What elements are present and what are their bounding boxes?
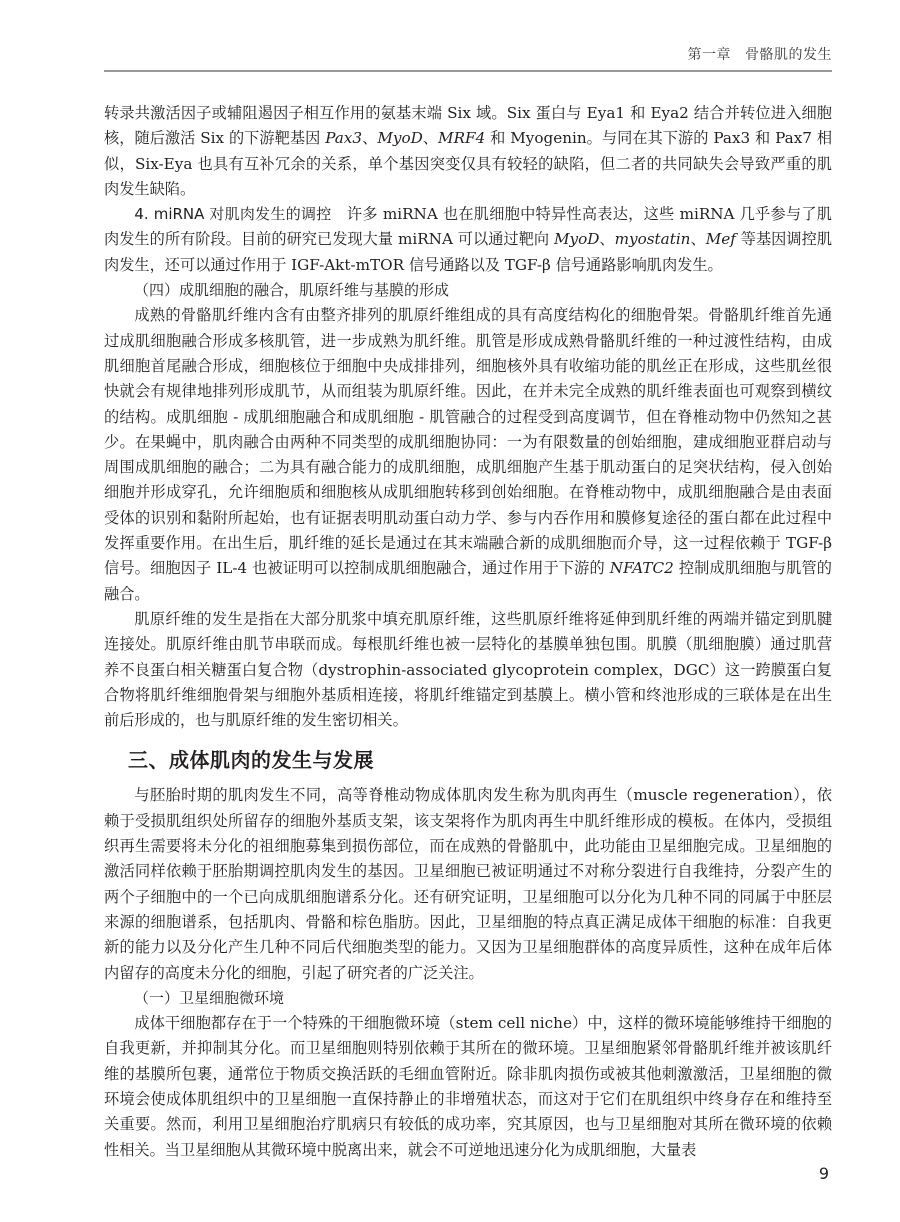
separator: 、 xyxy=(690,230,705,248)
separator: 、 xyxy=(362,129,377,147)
paragraph-niche: 成体干细胞都存在于一个特殊的干细胞微环境（stem cell niche）中，这… xyxy=(104,1011,832,1163)
gene-myod: MyoD xyxy=(554,230,599,248)
gene-myostatin: myostatin xyxy=(615,230,691,248)
page-body: 转录共激活因子或辅阻遏因子相互作用的氨基末端 Six 域。Six 蛋白与 Eya… xyxy=(104,101,832,1163)
section-title: 三、成体肌肉的发生与发展 xyxy=(104,747,832,773)
gene-mef: Mef xyxy=(706,230,736,248)
chapter-title: 骨骼肌的发生 xyxy=(745,47,832,63)
separator: 、 xyxy=(599,230,614,248)
running-head: 第一章骨骼肌的发生 xyxy=(104,44,832,68)
text-run: 成熟的骨骼肌纤维内含有由整齐排列的肌原纤维组成的具有高度结构化的细胞骨架。骨骼肌… xyxy=(104,306,832,577)
gene-pax3: Pax3 xyxy=(325,129,362,147)
gene-myod: MyoD xyxy=(377,129,422,147)
subheading-niche: （一）卫星细胞微环境 xyxy=(104,986,832,1011)
gene-mrf4: MRF4 xyxy=(438,129,485,147)
paragraph-mirna: 4. miRNA 对肌肉发生的调控 许多 miRNA 也在肌细胞中特异性高表达，… xyxy=(104,202,832,278)
paragraph-myoblast-fusion: 成熟的骨骼肌纤维内含有由整齐排列的肌原纤维组成的具有高度结构化的细胞骨架。骨骼肌… xyxy=(104,303,832,607)
separator: 、 xyxy=(423,129,438,147)
gene-nfatc2: NFATC2 xyxy=(610,559,674,577)
paragraph-regeneration: 与胚胎时期的肌肉发生不同，高等脊椎动物成体肌肉发生称为肌肉再生（muscle r… xyxy=(104,783,832,985)
paragraph-myofibril: 肌原纤维的发生是指在大部分肌浆中填充肌原纤维，这些肌原纤维将延伸到肌纤维的两端并… xyxy=(104,607,832,733)
subheading-myoblast-fusion: （四）成肌细胞的融合，肌原纤维与基膜的形成 xyxy=(104,278,832,303)
chapter-number: 第一章 xyxy=(688,47,732,63)
header-rule xyxy=(104,70,832,72)
page-number: 9 xyxy=(805,1164,829,1183)
mirna-lead-heading: 4. miRNA 对肌肉发生的调控 xyxy=(134,205,331,223)
paragraph-six-eya: 转录共激活因子或辅阻遏因子相互作用的氨基末端 Six 域。Six 蛋白与 Eya… xyxy=(104,101,832,202)
